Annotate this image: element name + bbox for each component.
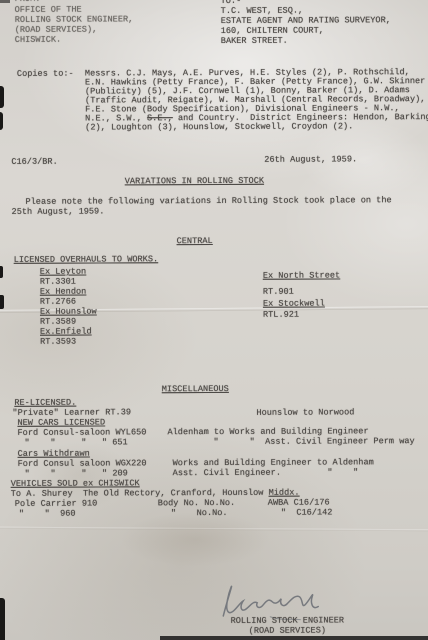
scanned-memo-page: FROM:- OFFICE OF THE ROLLING STOCK ENGIN… [0,0,428,640]
from-line: CHISWICK. [15,35,61,45]
new-cars-heading: NEW CARS LICENSED [17,417,105,427]
to-line: T.C. WEST, ESQ., [221,6,304,16]
sold-vehicle-description-ditto: " " 960 [19,509,76,519]
overhaul-location: Ex Leyton [40,267,86,277]
sold-body-number-ditto: " No.No. [171,508,228,518]
overhaul-location: Ex Stockwell [263,299,325,309]
intro-line: Please note the following variations in … [25,195,391,207]
reference-number: C16/3/BR. [11,157,57,167]
overhaul-location: Ex.Enfield [40,327,92,337]
central-subheading: LICENSED OVERHAULS TO WORKS. [14,254,158,265]
sold-authority-reference: AWBA C16/176 [268,497,330,507]
overhaul-fleet-number: RT.3301 [40,277,76,287]
to-line: ESTATE AGENT AND RATING SURVEYOR, [221,15,391,26]
new-cars-item-ditto: " " " " 651 [25,437,128,447]
overhaul-fleet-number: RT.3589 [40,317,76,327]
overhaul-fleet-number: RT.901 [263,287,294,297]
new-cars-item: Ford Consul-saloon WYL650 [17,427,146,438]
withdrawn-heading: Cars Withdrawn [18,449,90,459]
from-line: OFFICE OF THE [15,5,82,15]
to-line: 160, CHILTERN COURT, [221,26,324,36]
section-heading-miscellaneous: MISCELLANEOUS [0,383,390,395]
vehicles-sold-heading: VEHICLES SOLD ex CHISWICK [11,478,140,489]
memo-content: FROM:- OFFICE OF THE ROLLING STOCK ENGIN… [0,0,428,640]
memo-date: 26th August, 1959. [264,154,357,164]
section-heading-central: CENTRAL [0,235,390,247]
buyer-county: Middx. [269,488,300,498]
withdrawn-destination-ditto: Asst. Civil Engineer. " " [173,467,359,478]
from-line: ROLLING STOCK ENGINEER, [15,14,134,25]
overhaul-fleet-number: RTL.921 [263,310,299,320]
memo-title: VARIATIONS IN ROLLING STOCK [0,175,389,187]
withdrawn-item: Ford Consul saloon WGX220 [18,458,147,469]
overhaul-fleet-number: RT.3593 [40,337,76,347]
vehicles-sold-buyer: To A. Shurey The Old Rectory, Cranford, … [11,488,300,499]
from-label: FROM:- [15,0,46,4]
overhaul-location: Ex Hounslow [40,307,97,317]
overhaul-location: Ex Hendon [40,287,86,297]
withdrawn-item-ditto: " " " " 209 [25,468,128,478]
sold-vehicle-description: Pole Carrier 910 [15,499,98,509]
signatory-department: (ROAD SERVICES) [206,625,368,636]
relicensed-destination: Hounslow to Norwood [256,407,354,417]
to-line: BAKER STREET. [221,36,288,46]
overhaul-location: Ex North Street [263,270,340,280]
relicensed-heading: RE-LICENSED. [14,398,76,408]
new-cars-destination-ditto: " " Asst. Civil Engineer Perm way [214,436,415,447]
overhaul-fleet-number: RT.2766 [40,297,76,307]
sold-body-number: Body No. No.No. [158,498,235,508]
copies-line: (2), Loughton (3), Hounslow, Stockwell, … [85,121,353,132]
sold-authority-reference-ditto: " C16/142 [281,507,333,517]
relicensed-item: "Private" Learner RT.39 [12,407,131,418]
signatory-title: ROLLING STOCK ENGINEER [206,615,368,626]
from-line: (ROAD SERVICES), [15,25,98,35]
copies-label: Copies to:- [17,69,74,79]
intro-line: 25th August, 1959. [12,206,105,216]
